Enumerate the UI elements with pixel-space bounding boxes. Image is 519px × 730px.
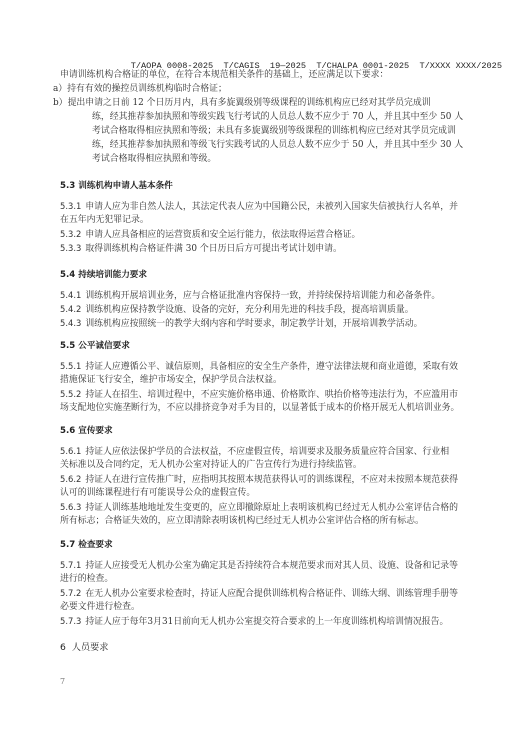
clause-5-7-1: 5.7.1持证人应接受无人机办公室为确定其是否持续符合本规范要求而对其人员、设施…: [60, 560, 458, 572]
clause-5-6-3-cont: 所有标志；合格证失效的，应立即清除表明该机构已经过无人机办公室评估合格的所有标志…: [60, 516, 424, 527]
section-heading-5-6: 5.6 宣传要求: [60, 426, 113, 437]
clause-5-6-2: 5.6.2持证人在进行宣传推广时，应指明其按照本规范获得认可的训练课程，不应对未…: [60, 474, 458, 486]
section-heading-5-4: 5.4 持续培训能力要求: [60, 270, 147, 281]
clause-5-7-2: 5.7.2在无人机办公室要求检查时，持证人应配合提供训练机构合格证件、训练大纲、…: [60, 588, 458, 600]
clause-5-5-1-cont: 措施保证飞行安全，维护市场安全，保护学员合法权益。: [60, 375, 282, 386]
list-item-a: a）持有有效的操控员训练机构临时合格证；: [53, 84, 227, 95]
clause-5-4-1: 5.4.1训练机构开展培训业务，应与合格证批准内容保持一致，并持续保持培训能力和…: [60, 290, 440, 302]
clause-5-5-1: 5.5.1持证人应遵循公平、诚信原则，具备相应的安全生产条件，遵守法律法规和商业…: [60, 361, 458, 373]
clause-5-3-3: 5.3.3取得训练机构合格证件满 30 个日历日后方可提出考试计划申请。: [60, 243, 342, 255]
list-item-b-line: 练，经其推荐参加执照和等级实践飞行考试的人员总人数不应少于 70 人，并且其中至…: [92, 112, 463, 123]
intro-lead: 申请训练机构合格证的单位，在符合本规范相关条件的基础上，还应满足以下要求：: [60, 70, 388, 81]
list-item-b-line: 考试合格取得相应执照和等级；未具有多旋翼级别等级课程的训练机构应已经对其学员完成…: [92, 126, 456, 137]
section-heading-5-3: 5.3 训练机构申请人基本条件: [60, 181, 173, 192]
clause-5-4-3: 5.4.3训练机构应按照统一的教学大纲内容和学时要求，制定教学计划，开展培训教学…: [60, 318, 423, 330]
clause-5-5-2: 5.5.2持证人在招生、培训过程中，不应实施价格串通、价格欺诈、哄抬价格等违法行…: [60, 389, 458, 401]
list-item-b: b）提出申请之日前 12 个日历月内，具有多旋翼级别等级课程的训练机构应已经对其…: [53, 98, 431, 109]
clause-5-3-1: 5.3.1申请人应为非自然人法人，其法定代表人应为中国籍公民，未被列入国家失信被…: [60, 201, 458, 213]
clause-5-6-1-cont: 关标准以及合同约定，无人机办公室对持证人的广告宣传行为进行持续监管。: [60, 460, 362, 471]
clause-5-7-2-cont: 必要文件进行检查。: [60, 602, 140, 613]
clause-5-3-1-cont: 在五年内无犯罪记录。: [60, 215, 149, 226]
clause-5-4-2: 5.4.2训练机构应保持教学设施、设备的完好，充分利用先进的科技手段，提高培训质…: [60, 304, 414, 316]
section-heading-6: 6 人员要求: [60, 642, 108, 653]
document-page: T/AOPA 0008-2025 T/CAGIS 19—2025 T/CHALP…: [0, 0, 519, 730]
clause-5-3-2: 5.3.2申请人应具备相应的运营资质和安全运行能力，依法取得运营合格证。: [60, 229, 360, 241]
clause-5-6-3: 5.6.3持证人训练基地地址发生变更的，应立即撤除原址上表明该机构已经过无人机办…: [60, 502, 458, 514]
clause-5-6-2-cont: 认可的训练课程进行有可能误导公众的虚假宣传。: [60, 488, 255, 499]
section-heading-5-5: 5.5 公平诚信要求: [60, 341, 130, 352]
clause-5-5-2-cont: 场支配地位实施垄断行为，不应以排挤竞争对手为目的，以显著低于成本的价格开展无人机…: [60, 403, 459, 414]
list-item-b-line: 练，经其推荐参加执照和等级飞行实践考试的人员总人数不应少于 50 人，并且其中至…: [92, 140, 463, 151]
clause-5-7-3: 5.7.3持证人应于每年3月31日前向无人机办公室提交符合要求的上一年度训练机构…: [60, 616, 448, 628]
section-heading-5-7: 5.7 检查要求: [60, 540, 113, 551]
clause-5-7-1-cont: 进行的检查。: [60, 574, 113, 585]
page-number: 7: [60, 677, 65, 686]
clause-5-6-1: 5.6.1持证人应依法保护学员的合法权益，不应虚假宣传，培训要求及服务质量应符合…: [60, 446, 449, 458]
list-item-b-line: 考试合格取得相应执照和等级。: [92, 154, 216, 165]
